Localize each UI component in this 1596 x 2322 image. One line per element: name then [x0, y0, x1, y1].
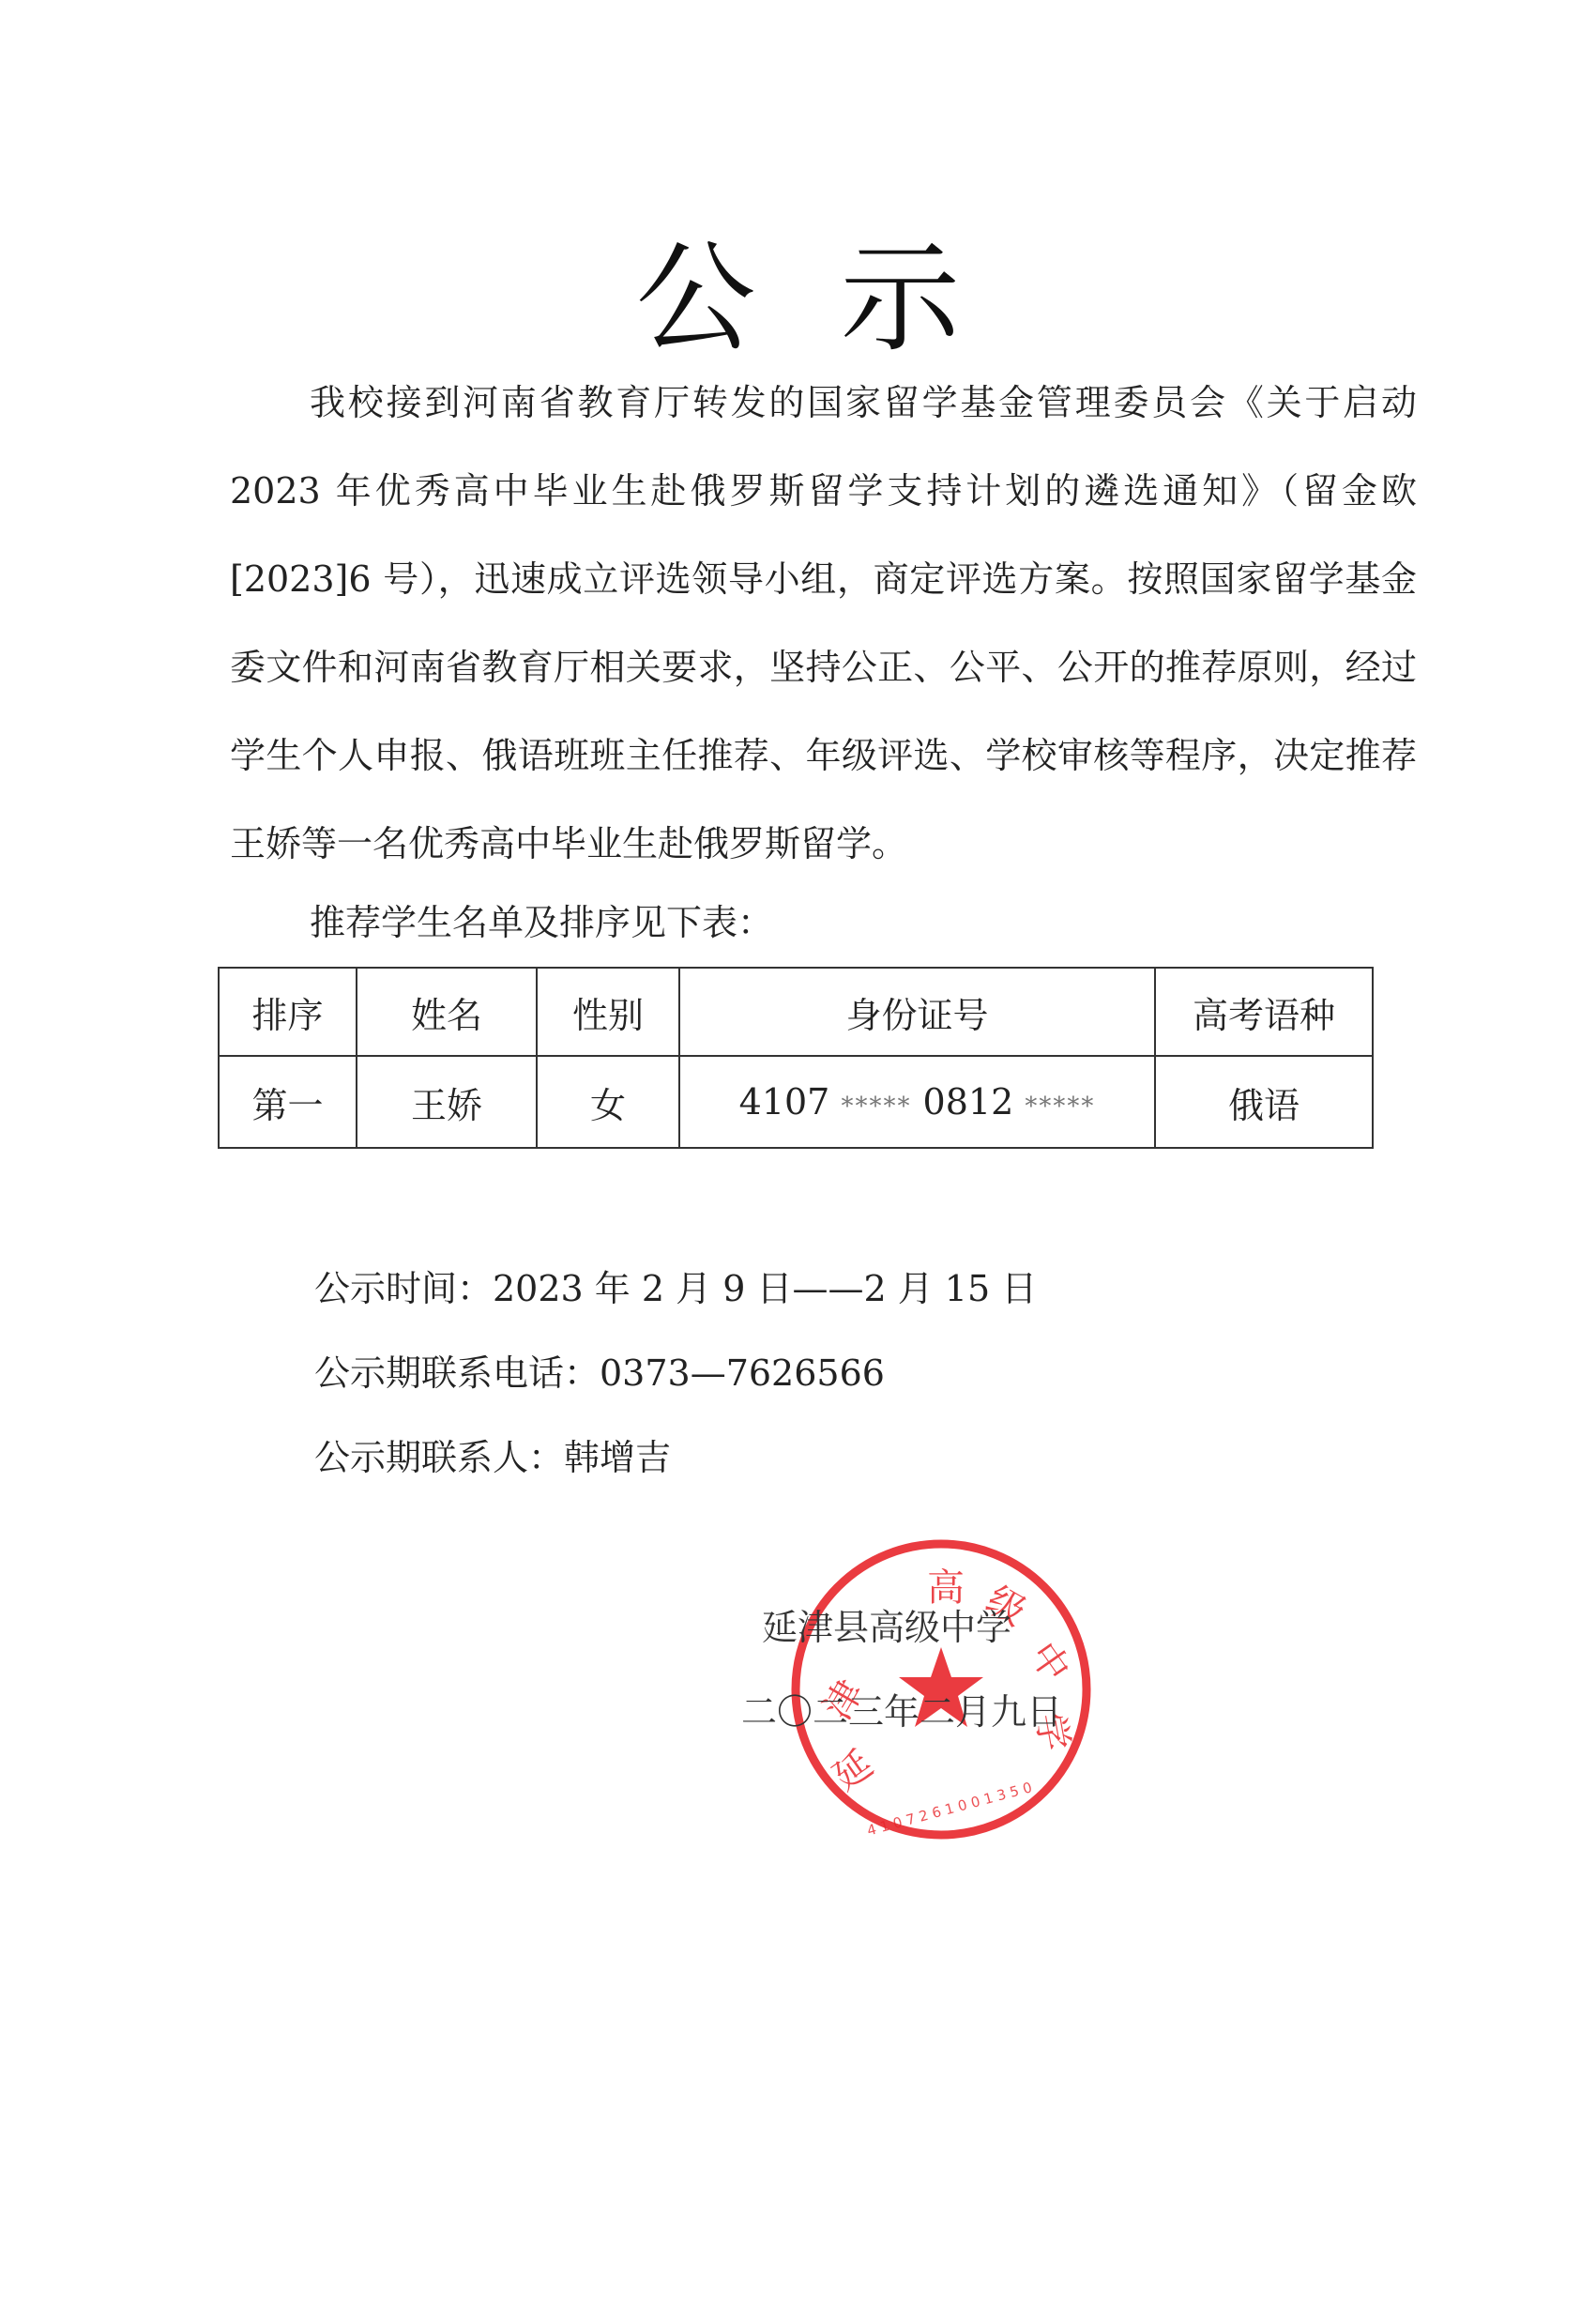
document-title: 公示 — [0, 202, 1596, 374]
body-paragraph: 我校接到河南省教育厅转发的国家留学基金管理委员会《关于启动 2023 年优秀高中… — [230, 359, 1417, 888]
cell-rank: 第一 — [219, 1056, 357, 1148]
id-part-2: 0812 — [923, 1081, 1014, 1123]
header-gender: 性别 — [537, 968, 679, 1056]
table-header-row: 排序 姓名 性别 身份证号 高考语种 — [219, 968, 1373, 1056]
recommended-students-table: 排序 姓名 性别 身份证号 高考语种 第一 王娇 女 4107 ***** 08… — [218, 967, 1374, 1149]
svg-text:4 1 0 7 2 6 1 0 0 1 3 5 0: 4 1 0 7 2 6 1 0 0 1 3 5 0 — [865, 1779, 1034, 1839]
id-mask-1: ***** — [841, 1092, 911, 1121]
notice-period: 公示时间：2023 年 2 月 9 日——2 月 15 日 — [314, 1260, 1037, 1311]
signature-school: 延津县高级中学 — [762, 1598, 1011, 1650]
cell-id-number: 4107 ***** 0812 ***** — [679, 1056, 1155, 1148]
svg-text:中: 中 — [1021, 1635, 1078, 1690]
contact-phone: 公示期联系电话：0373—7626566 — [314, 1344, 885, 1396]
id-part-1: 4107 — [739, 1081, 830, 1123]
signature-date: 二〇二三年二月九日 — [741, 1683, 1062, 1734]
table-row: 第一 王娇 女 4107 ***** 0812 ***** 俄语 — [219, 1056, 1373, 1148]
id-mask-2: ***** — [1025, 1092, 1095, 1121]
header-name: 姓名 — [357, 968, 537, 1056]
cell-gender: 女 — [537, 1056, 679, 1148]
cell-exam-language: 俄语 — [1155, 1056, 1373, 1148]
header-exam-language: 高考语种 — [1155, 968, 1373, 1056]
contact-person: 公示期联系人：韩增吉 — [314, 1428, 671, 1480]
header-rank: 排序 — [219, 968, 357, 1056]
list-intro: 推荐学生名单及排序见下表： — [310, 894, 773, 945]
header-id-number: 身份证号 — [679, 968, 1155, 1056]
cell-name: 王娇 — [357, 1056, 537, 1148]
